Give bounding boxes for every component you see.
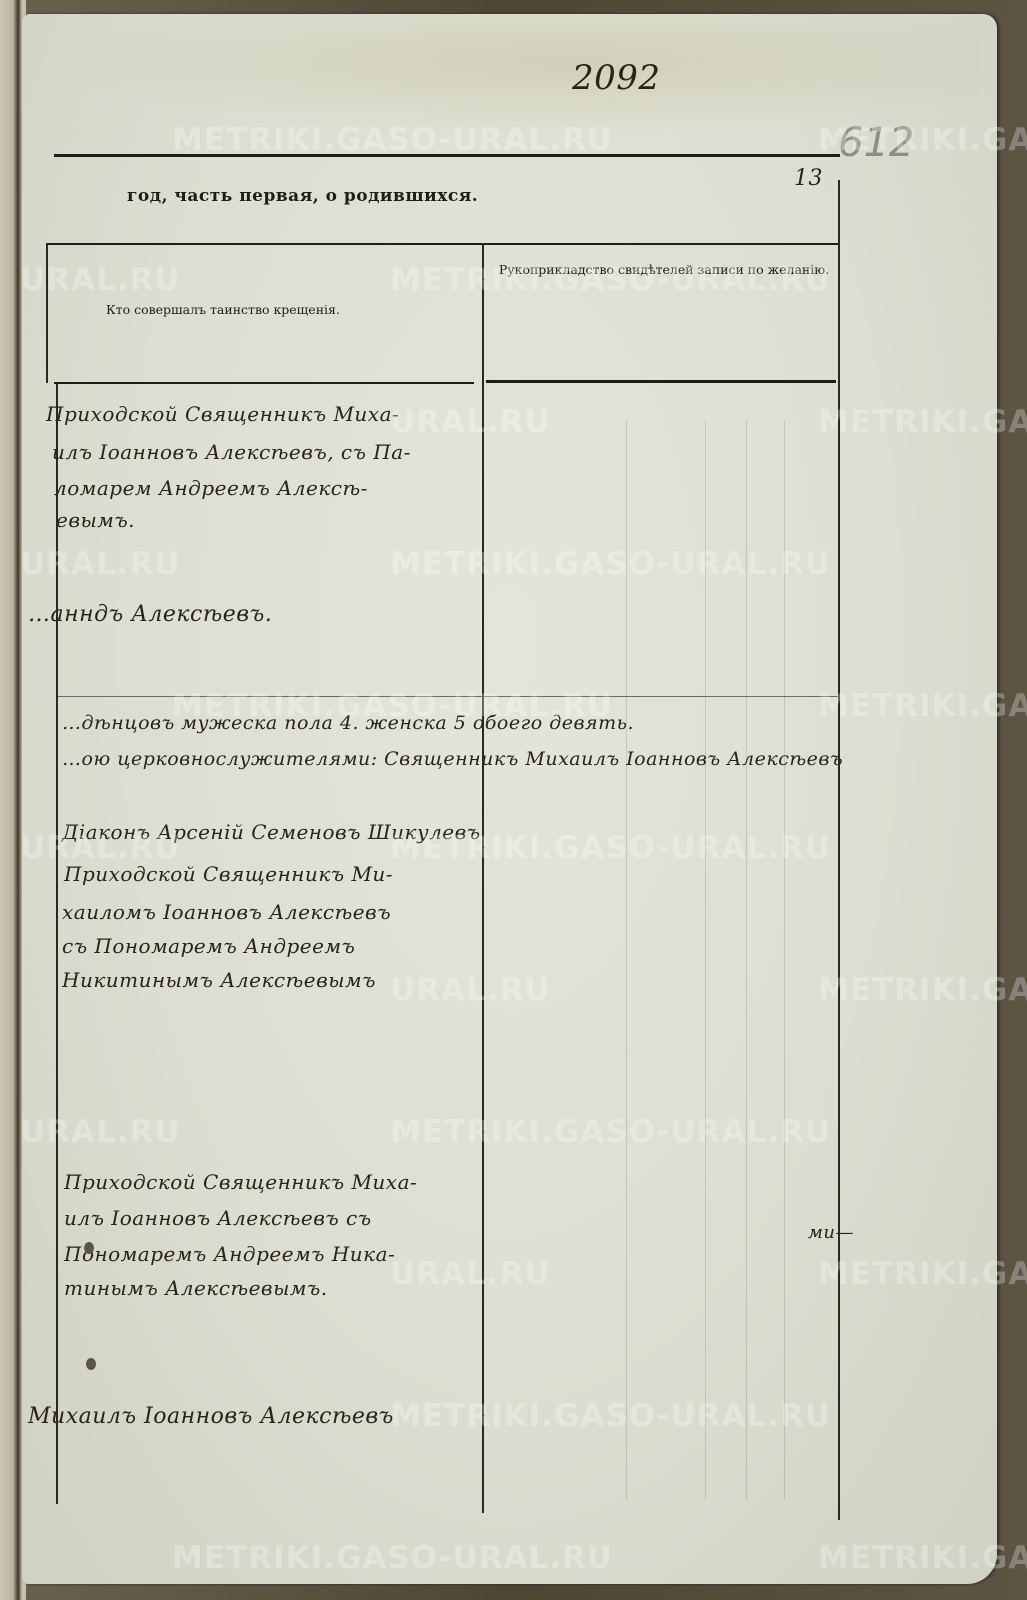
watermark: METRIKI.GASO-URAL.RU <box>390 1114 831 1150</box>
faint-rule <box>705 420 706 1500</box>
watermark: METRIKI.GASO-URAL.RU <box>390 262 831 298</box>
header-rule-bottom-right <box>486 380 836 383</box>
entry2-baptizer-line: хаиломъ Іоанновъ Алексѣевъ <box>62 900 391 924</box>
entry3-baptizer-line: илъ Іоанновъ Алексѣевъ съ <box>64 1206 372 1230</box>
entry1-baptizer-line: евымъ. <box>56 508 135 532</box>
page-number-ink: 2092 <box>572 58 661 98</box>
entry2-summary-line: …ою церковнослужителями: Священникъ Миха… <box>62 748 843 770</box>
faint-rule <box>746 420 747 1500</box>
watermark: METRIKI.GASO-URAL.RU <box>390 1398 831 1434</box>
paper-blemish <box>84 1242 94 1254</box>
watermark: URAL.RU <box>20 546 181 582</box>
watermark: URAL.RU <box>390 972 551 1008</box>
watermark: METRIKI.GA <box>818 972 1027 1008</box>
entry1-baptizer-line: ломарем Андреемъ Алексѣ- <box>54 476 368 500</box>
watermark: METRIKI.GASO-URAL.RU <box>172 1540 613 1576</box>
faint-rule <box>784 420 785 1500</box>
entry3-baptizer-line: Пономаремъ Андреемъ Ника- <box>64 1242 395 1266</box>
watermark: URAL.RU <box>390 404 551 440</box>
entry2-baptizer-line: съ Пономаремъ Андреемъ <box>62 934 355 958</box>
folio-number: 13 <box>794 166 823 191</box>
header-title: год, часть первая, о родившихся. <box>127 186 478 206</box>
entry1-signature: …анндъ Алексѣевъ. <box>28 602 272 627</box>
entry3-signature: Михаилъ Іоанновъ Алексѣевъ <box>28 1404 394 1429</box>
watermark: METRIKI.GA <box>818 404 1027 440</box>
watermark: METRIKI.GASO-URAL.RU <box>172 688 613 724</box>
entry3-margin-note: ми— <box>808 1222 854 1243</box>
entry1-baptizer-line: Приходской Священникъ Миха- <box>46 402 399 426</box>
entry1-baptizer-line: илъ Іоанновъ Алексѣевъ, съ Па- <box>52 440 411 464</box>
watermark: METRIKI.GASO-URAL.RU <box>172 122 613 158</box>
entry2-baptizer-line: Никитинымъ Алексѣевымъ <box>62 968 376 992</box>
watermark: URAL.RU <box>390 1256 551 1292</box>
column-header-baptizer: Кто совершалъ таинство крещенія. <box>106 302 340 317</box>
header-rule-bottom-left <box>54 382 474 384</box>
header-rule-top <box>46 243 838 245</box>
paper-blemish <box>86 1358 96 1370</box>
watermark: URAL.RU <box>20 830 181 866</box>
faint-rule <box>626 420 627 1500</box>
table-right-border <box>838 180 840 1520</box>
entry3-baptizer-line: тинымъ Алексѣевымъ. <box>64 1276 328 1300</box>
watermark: METRIKI.GA <box>818 122 1027 158</box>
paper-stain <box>40 14 980 134</box>
register-page <box>22 14 997 1584</box>
watermark: METRIKI.GA <box>818 1540 1027 1576</box>
watermark: METRIKI.GA <box>818 1256 1027 1292</box>
entry3-baptizer-line: Приходской Священникъ Миха- <box>64 1170 417 1194</box>
watermark: URAL.RU <box>20 1114 181 1150</box>
watermark: METRIKI.GA <box>818 688 1027 724</box>
watermark: METRIKI.GASO-URAL.RU <box>390 546 831 582</box>
watermark: METRIKI.GASO-URAL.RU <box>390 830 831 866</box>
watermark: URAL.RU <box>20 262 181 298</box>
